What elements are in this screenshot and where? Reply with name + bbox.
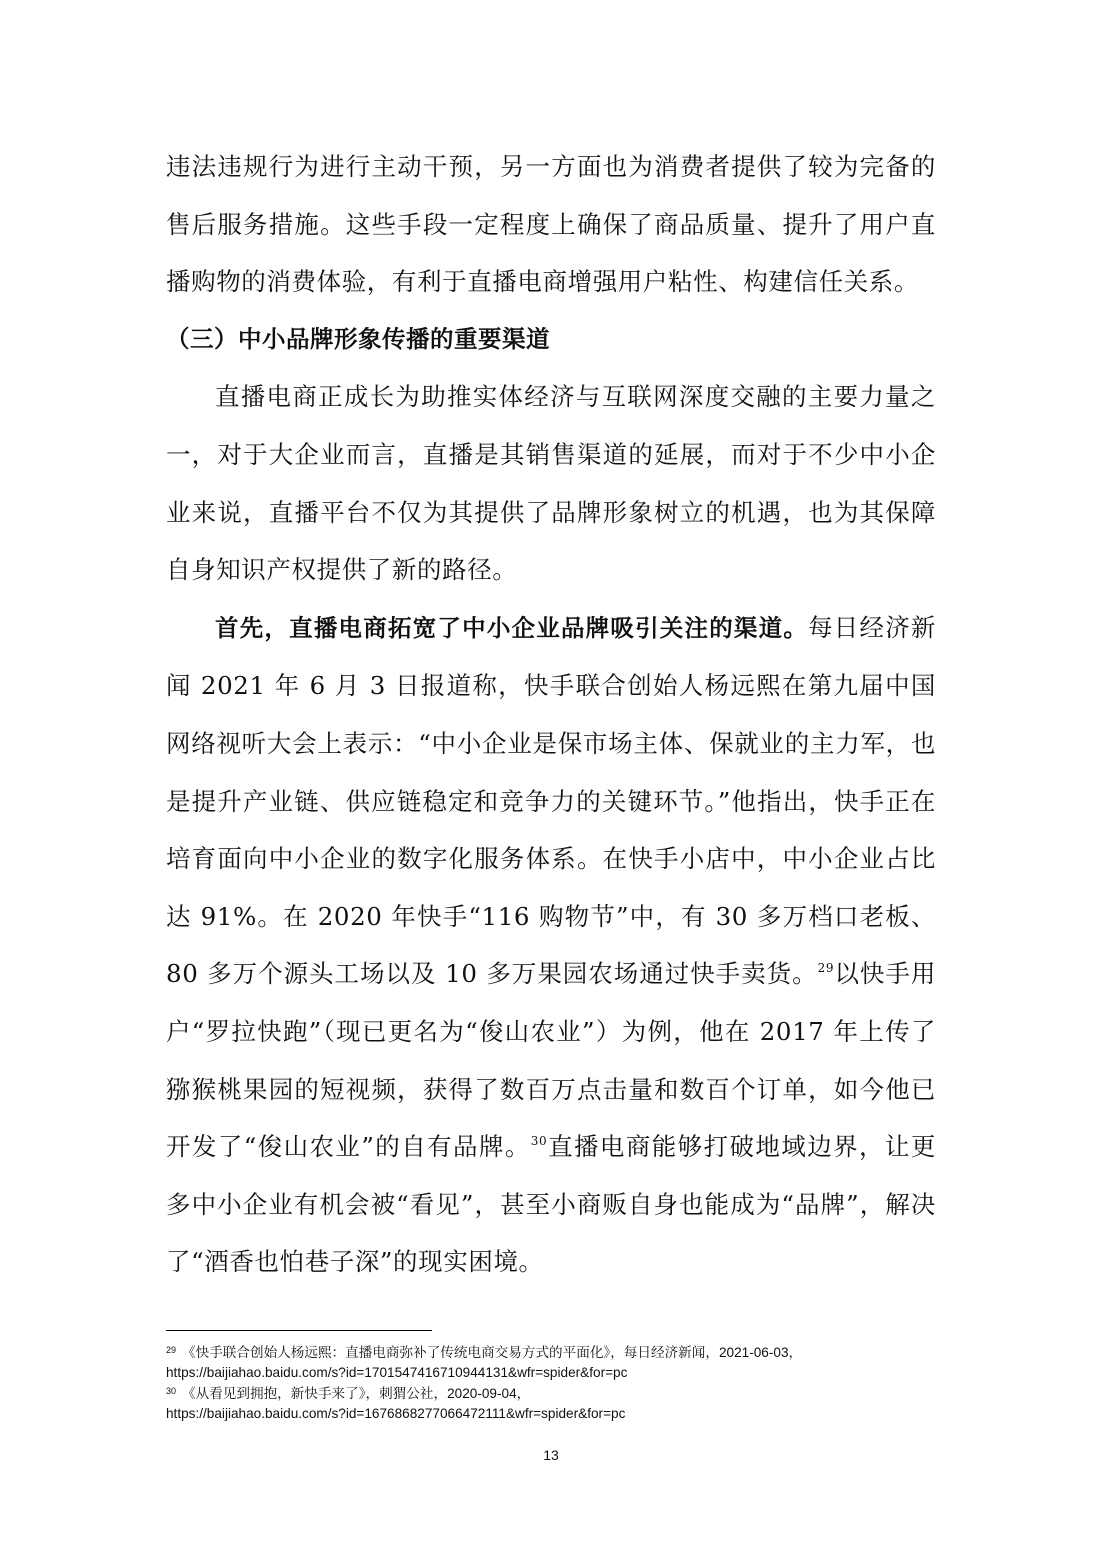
footnote-30-line-1: 30《从看见到拥抱，新快手来了》，刺猬公社，2020-09-04， <box>166 1382 956 1404</box>
paragraph-2-bold-lead: 首先，直播电商拓宽了中小企业品牌吸引关注的渠道。 <box>215 614 808 642</box>
footnote-30-number: 30 <box>166 1386 176 1396</box>
footnote-29-line-1: 29《快手联合创始人杨远熙：直播电商弥补了传统电商交易方式的平面化》，每日经济新… <box>166 1341 956 1363</box>
footnote-29-number: 29 <box>166 1345 176 1355</box>
footnote-29-url[interactable]: https://baijiahao.baidu.com/s?id=1701547… <box>166 1363 956 1383</box>
document-page: 违法违规行为进行主动干预，另一方面也为消费者提供了较为完备的售后服务措施。这些手… <box>0 0 1102 1559</box>
paragraph-2-text-part-1: 每日经济新闻 2021 年 6 月 3 日报道称，快手联合创始人杨远熙在第九届中… <box>166 613 936 989</box>
footnote-29-citation: 《快手联合创始人杨远熙：直播电商弥补了传统电商交易方式的平面化》，每日经济新闻，… <box>182 1345 802 1360</box>
section-heading: （三）中小品牌形象传播的重要渠道 <box>166 311 936 369</box>
footnote-ref-30[interactable]: 30 <box>531 1134 547 1148</box>
page-number: 13 <box>0 1447 1102 1463</box>
footnote-ref-29[interactable]: 29 <box>818 961 834 975</box>
footnote-30-url[interactable]: https://baijiahao.baidu.com/s?id=1676868… <box>166 1404 956 1424</box>
footnote-30-citation: 《从看见到拥抱，新快手来了》，刺猬公社，2020-09-04， <box>182 1386 530 1401</box>
paragraph-2-text-part-2: 以快手用户“罗拉快跑”（现已更名为“俊山农业”）为例，他在 2017 年上传了猕… <box>166 959 936 1161</box>
continuation-paragraph: 违法违规行为进行主动干预，另一方面也为消费者提供了较为完备的售后服务措施。这些手… <box>166 138 936 311</box>
paragraph-2: 首先，直播电商拓宽了中小企业品牌吸引关注的渠道。每日经济新闻 2021 年 6 … <box>166 599 936 1291</box>
footnote-divider <box>166 1330 432 1331</box>
paragraph-1: 直播电商正成长为助推实体经济与互联网深度交融的主要力量之一，对于大企业而言，直播… <box>166 368 936 598</box>
body-text: 违法违规行为进行主动干预，另一方面也为消费者提供了较为完备的售后服务措施。这些手… <box>166 138 936 1291</box>
footnotes: 29《快手联合创始人杨远熙：直播电商弥补了传统电商交易方式的平面化》，每日经济新… <box>166 1341 956 1423</box>
